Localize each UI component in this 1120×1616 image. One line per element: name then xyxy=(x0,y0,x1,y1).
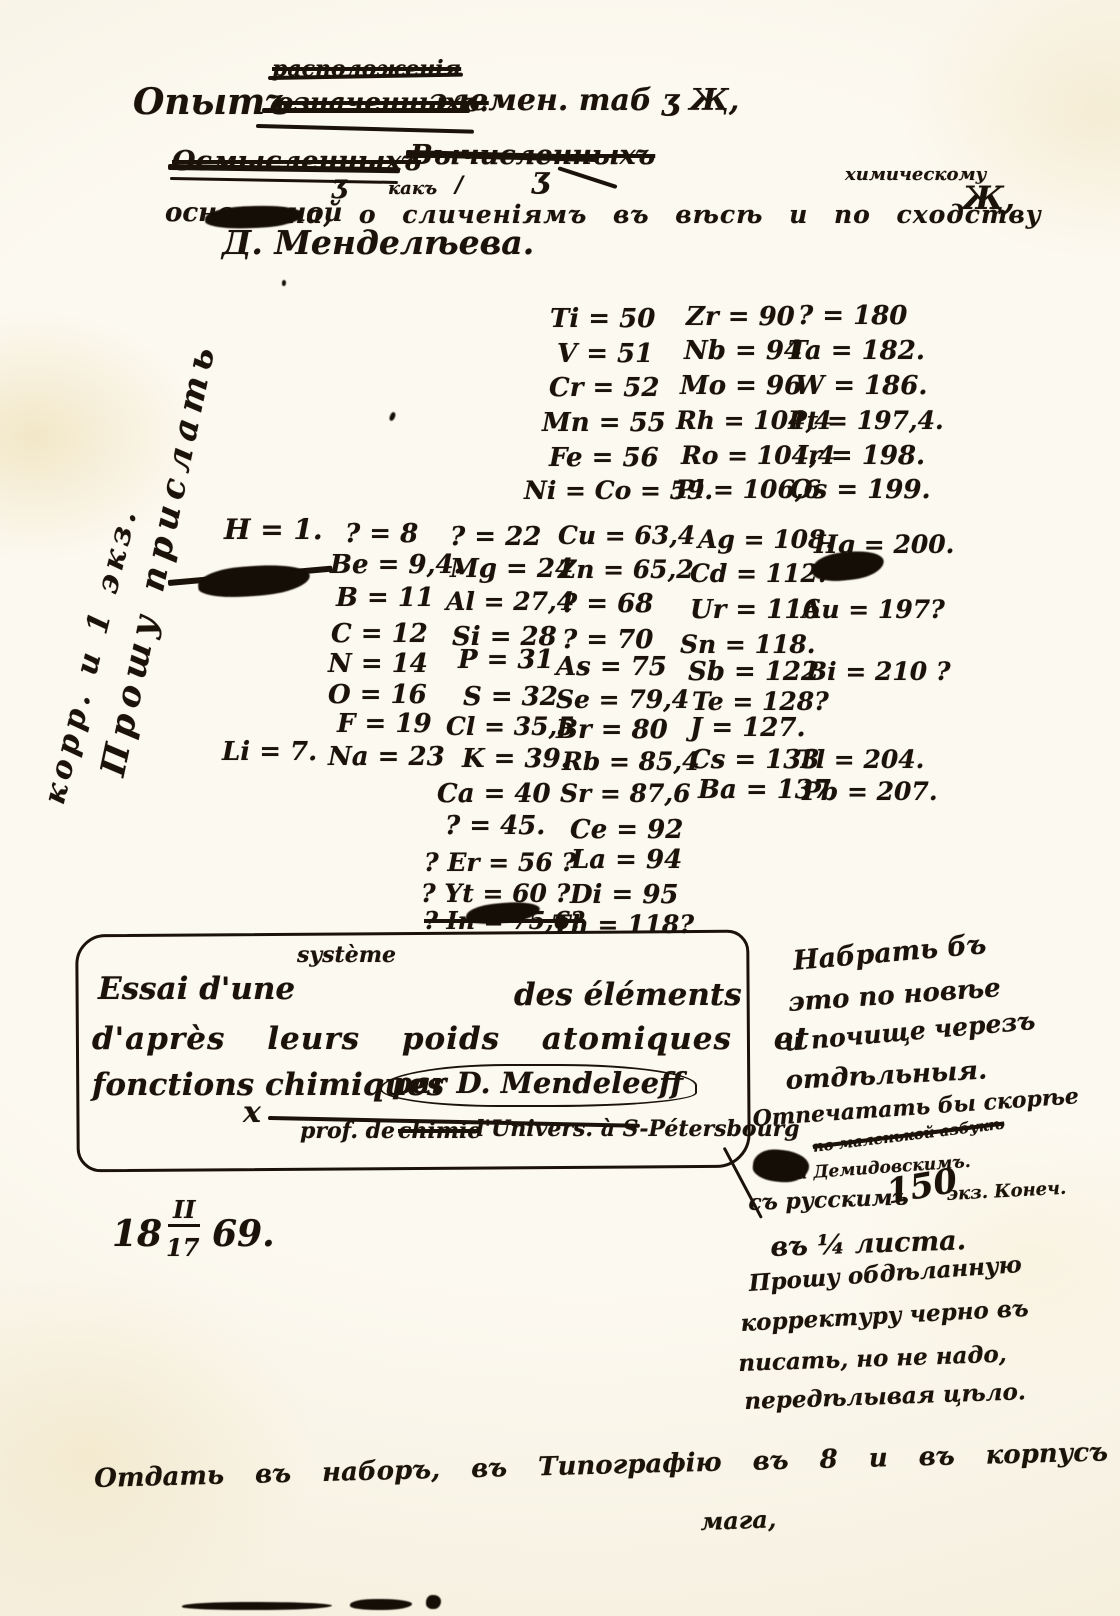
x-mark: x xyxy=(243,1098,261,1128)
entry-pb-207: Pb = 207. xyxy=(802,779,938,804)
entry-ce-92: Ce = 92 xyxy=(570,817,683,843)
entry-mg-24: Mg = 24 xyxy=(450,556,573,582)
entry-al-27-4: Al = 27,4 xyxy=(446,589,574,614)
title-word: Опытъ xyxy=(133,84,291,120)
entry-na-23: Na = 23 xyxy=(328,744,445,770)
entry-mo-96: Mo = 96 xyxy=(680,373,802,399)
insertion-caret: ʒ xyxy=(332,172,347,198)
author-name-circled: par D. Mendeleeff xyxy=(380,1064,697,1107)
entry-8: ? = 8 xyxy=(345,521,418,547)
ink-stroke xyxy=(170,177,398,184)
margin-note: передѣлывая цѣло. xyxy=(744,1380,1026,1413)
entry-n-14: N = 14 xyxy=(328,651,428,677)
entry-zr-90: Zr = 90 xyxy=(686,304,795,330)
handwriting-layer: Опытърасположеніяозначенныхъ.элемен. таб… xyxy=(0,0,1120,1616)
entry-70: ? = 70 xyxy=(562,627,653,653)
entry-sn-118: Sn = 118. xyxy=(680,632,815,657)
entry-as-75: As = 75 xyxy=(556,654,667,680)
footer-note: мага, xyxy=(700,1507,777,1534)
entry-th-118: Th = 118? xyxy=(552,912,694,937)
entry-zn-65-2: Zn = 65,2 xyxy=(558,557,694,582)
entry-h-1: H = 1. xyxy=(224,516,323,544)
entry-s-32: S = 32 xyxy=(463,684,558,710)
margin-note: это по новѣе xyxy=(787,975,1001,1016)
entry-45: ? = 45. xyxy=(445,813,545,839)
box-title-text: des éléments xyxy=(514,980,742,1011)
box-title-text: Essai d'une xyxy=(98,974,295,1005)
margin-note: отдѣльныя. xyxy=(785,1057,988,1094)
entry-au-197: Au = 197? xyxy=(802,597,945,622)
insertion-caret: ʒ xyxy=(532,164,549,194)
entry-er-56: ? Er = 56 ? xyxy=(424,850,576,875)
entry-sr-87-6: Sr = 87,6 xyxy=(560,781,690,806)
entry-cu-63-4: Cu = 63,4 xyxy=(558,523,695,548)
ink-blot xyxy=(197,562,311,600)
author-signature: Д. Менделѣева. xyxy=(222,226,534,259)
date-old-style: 17 xyxy=(166,1236,199,1260)
entry-k-39: K = 39. xyxy=(462,746,570,772)
title-word: элемен. таб ʒ Җ, xyxy=(428,86,739,116)
entry-180: ? = 180 xyxy=(798,303,907,329)
date-year: 69. xyxy=(212,1216,275,1252)
entry-os-199: Os = 199. xyxy=(790,477,931,503)
entry-j-127: J = 127. xyxy=(690,715,806,741)
entry-pt-197-4: Pt = 197,4. xyxy=(788,408,944,433)
entry-ca-40: Ca = 40 xyxy=(437,781,551,807)
ink-blot xyxy=(389,411,397,421)
entry-yt-60: ? Yt = 60 ? xyxy=(421,881,570,906)
ink-stroke xyxy=(262,108,470,113)
ink-blot xyxy=(350,1599,412,1610)
inserted-word: système xyxy=(297,944,396,966)
entry-p-31: P = 31 xyxy=(458,647,554,673)
date-day: 18 xyxy=(112,1216,162,1252)
entry-te-128: Te = 128? xyxy=(692,689,829,714)
manuscript-page: Опытърасположеніяозначенныхъ.элемен. таб… xyxy=(0,0,1120,1616)
footer-note: Отдать въ наборъ, въ Типографію въ 8 и в… xyxy=(94,1437,1120,1492)
entry-o-16: O = 16 xyxy=(328,682,427,708)
entry-ta-182: Ta = 182. xyxy=(788,338,925,364)
entry-tl-204: Tl = 204. xyxy=(797,747,924,772)
entry-f-19: F = 19 xyxy=(337,711,432,737)
margin-note: Набрать бъ xyxy=(792,931,987,975)
date-new-style: II xyxy=(168,1198,200,1227)
entry-sb-122: Sb = 122 xyxy=(688,659,819,685)
margin-note: писать, но не надо, xyxy=(738,1343,1007,1375)
title-flourish: Җ, xyxy=(962,182,1015,214)
ink-stroke xyxy=(256,124,474,134)
entry-nb-94: Nb = 94 xyxy=(684,338,802,364)
entry-ir-198: Ir = 198. xyxy=(796,443,925,469)
entry-cd-112: Cd = 112. xyxy=(690,561,827,586)
entry-la-94: La = 94 xyxy=(571,847,682,873)
entry-68: ? = 68 xyxy=(562,591,653,617)
entry-w-186: W = 186. xyxy=(795,373,927,399)
margin-note: съ русскимъ xyxy=(748,1186,909,1214)
entry-se-79-4: Se = 79,4 xyxy=(556,687,689,712)
ink-blot xyxy=(182,1602,332,1610)
entry-b-11: B = 11 xyxy=(336,585,434,611)
entry-be-9-4: Be = 9,4. xyxy=(330,552,463,578)
entry-cr-52: Cr = 52 xyxy=(549,375,659,401)
box-subtitle-text: prof. de xyxy=(300,1120,395,1142)
entry-fe-56: Fe = 56 xyxy=(549,445,659,471)
entry-di-95: Di = 95 xyxy=(570,882,679,908)
entry-v-51: V = 51 xyxy=(557,341,653,367)
entry-li-7: Li = 7. xyxy=(222,739,317,765)
box-title-text: d'après leurs poids atomiques et xyxy=(92,1024,810,1055)
ink-blot xyxy=(282,280,286,286)
insertion-caret: / xyxy=(455,174,463,196)
margin-note: корректуру черно въ xyxy=(740,1297,1029,1335)
entry-c-12: C = 12 xyxy=(331,621,428,647)
entry-rb-85-4: Rb = 85,4 xyxy=(562,749,700,774)
entry-mn-55: Mn = 55 xyxy=(542,410,666,436)
ink-blot xyxy=(426,1595,441,1609)
entry-ti-50: Ti = 50 xyxy=(550,306,655,332)
entry-ur-116: Ur = 116 xyxy=(690,597,821,623)
entry-bi-210: Bi = 210 ? xyxy=(806,659,951,684)
entry-br-80: Br = 80 xyxy=(556,717,668,743)
entry-22: ? = 22 xyxy=(450,524,541,550)
margin-note: экз. Конеч. xyxy=(946,1180,1067,1204)
